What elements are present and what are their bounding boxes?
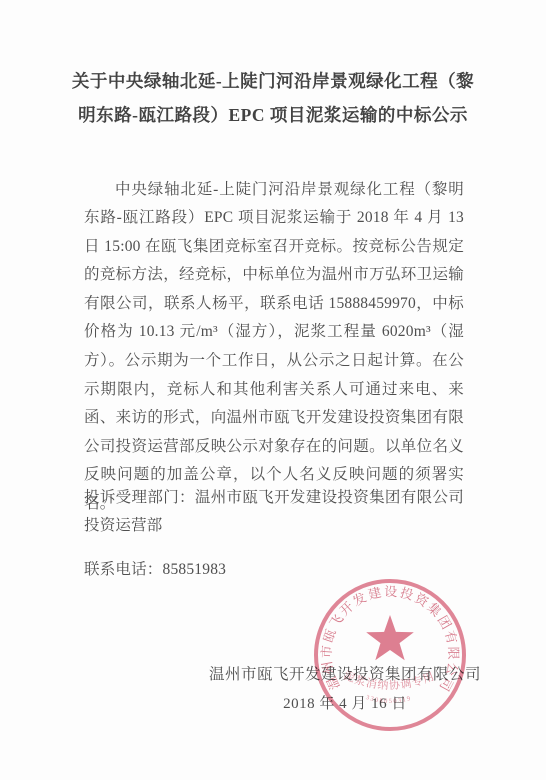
body-paragraph: 中央绿轴北延-上陡门河沿岸景观绿化工程（黎明东路-瓯江路段）EPC 项目泥浆运输… bbox=[84, 176, 464, 519]
title-line-2: 明东路-瓯江路段）EPC 项目泥浆运输的中标公示 bbox=[40, 98, 506, 132]
document-title: 关于中央绿轴北延-上陡门河沿岸景观绿化工程（黎 明东路-瓯江路段）EPC 项目泥… bbox=[40, 64, 506, 132]
document-page: 关于中央绿轴北延-上陡门河沿岸景观绿化工程（黎 明东路-瓯江路段）EPC 项目泥… bbox=[0, 0, 546, 780]
seal-star-icon bbox=[366, 615, 414, 660]
complaint-department-line: 投诉受理部门：温州市瓯飞开发建设投资集团有限公司投资运营部 bbox=[84, 484, 464, 541]
signature-company: 温州市瓯飞开发建设投资集团有限公司 bbox=[195, 662, 495, 684]
signature-date: 2018 年 4 月 16 日 bbox=[195, 692, 495, 713]
contact-phone-line: 联系电话：85851983 bbox=[84, 557, 464, 579]
signature-block: 温州市瓯飞开发建设投资集团有限公司 2018 年 4 月 16 日 bbox=[195, 662, 495, 713]
title-line-1: 关于中央绿轴北延-上陡门河沿岸景观绿化工程（黎 bbox=[40, 64, 506, 98]
